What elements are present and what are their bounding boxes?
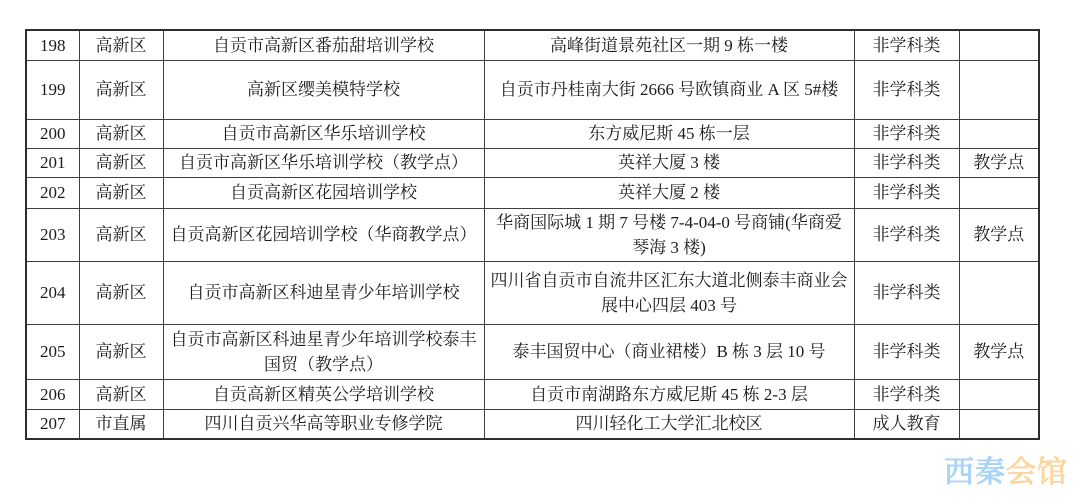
cell-district: 高新区	[79, 324, 163, 379]
cell-note	[959, 119, 1039, 148]
cell-school-name: 自贡市高新区科迪星青少年培训学校	[163, 261, 484, 324]
cell-district: 高新区	[79, 208, 163, 261]
cell-school-name: 自贡高新区花园培训学校（华商教学点）	[163, 208, 484, 261]
cell-address: 高峰街道景苑社区一期 9 栋一楼	[484, 30, 854, 60]
table-row: 204 高新区 自贡市高新区科迪星青少年培训学校 四川省自贡市自流井区汇东大道北…	[26, 261, 1039, 324]
cell-district: 高新区	[79, 30, 163, 60]
cell-serial: 200	[26, 119, 79, 148]
table-row: 206 高新区 自贡高新区精英公学培训学校 自贡市南湖路东方威尼斯 45 栋 2…	[26, 379, 1039, 409]
cell-serial: 199	[26, 60, 79, 119]
cell-note: 教学点	[959, 208, 1039, 261]
table-row: 198 高新区 自贡市高新区番茄甜培训学校 高峰街道景苑社区一期 9 栋一楼 非…	[26, 30, 1039, 60]
cell-address: 英祥大厦 3 楼	[484, 148, 854, 177]
page: 198 高新区 自贡市高新区番茄甜培训学校 高峰街道景苑社区一期 9 栋一楼 非…	[0, 0, 1080, 497]
cell-address: 华商国际城 1 期 7 号楼 7-4-04-0 号商铺(华商爱琴海 3 楼)	[484, 208, 854, 261]
cell-category: 非学科类	[854, 261, 959, 324]
table-body: 198 高新区 自贡市高新区番茄甜培训学校 高峰街道景苑社区一期 9 栋一楼 非…	[26, 30, 1039, 439]
cell-school-name: 自贡市高新区华乐培训学校	[163, 119, 484, 148]
cell-school-name: 自贡市高新区科迪星青少年培训学校泰丰国贸（教学点）	[163, 324, 484, 379]
cell-address: 泰丰国贸中心（商业裙楼）B 栋 3 层 10 号	[484, 324, 854, 379]
cell-note	[959, 379, 1039, 409]
cell-school-name: 自贡市高新区番茄甜培训学校	[163, 30, 484, 60]
cell-note	[959, 177, 1039, 208]
cell-serial: 204	[26, 261, 79, 324]
cell-address: 自贡市南湖路东方威尼斯 45 栋 2-3 层	[484, 379, 854, 409]
cell-address: 四川轻化工大学汇北校区	[484, 409, 854, 439]
cell-note	[959, 60, 1039, 119]
cell-category: 非学科类	[854, 208, 959, 261]
cell-serial: 203	[26, 208, 79, 261]
cell-district: 市直属	[79, 409, 163, 439]
cell-address: 四川省自贡市自流井区汇东大道北侧泰丰商业会展中心四层 403 号	[484, 261, 854, 324]
watermark-text-blue: 西秦	[944, 456, 1006, 489]
cell-district: 高新区	[79, 148, 163, 177]
cell-category: 非学科类	[854, 148, 959, 177]
cell-address: 英祥大厦 2 楼	[484, 177, 854, 208]
table-row: 205 高新区 自贡市高新区科迪星青少年培训学校泰丰国贸（教学点） 泰丰国贸中心…	[26, 324, 1039, 379]
cell-district: 高新区	[79, 177, 163, 208]
cell-serial: 205	[26, 324, 79, 379]
cell-school-name: 自贡高新区精英公学培训学校	[163, 379, 484, 409]
cell-category: 非学科类	[854, 30, 959, 60]
table-row: 200 高新区 自贡市高新区华乐培训学校 东方威尼斯 45 栋一层 非学科类	[26, 119, 1039, 148]
cell-district: 高新区	[79, 261, 163, 324]
table-row: 207 市直属 四川自贡兴华高等职业专修学院 四川轻化工大学汇北校区 成人教育	[26, 409, 1039, 439]
table-row: 202 高新区 自贡高新区花园培训学校 英祥大厦 2 楼 非学科类	[26, 177, 1039, 208]
cell-note: 教学点	[959, 148, 1039, 177]
cell-district: 高新区	[79, 60, 163, 119]
table-row: 203 高新区 自贡高新区花园培训学校（华商教学点） 华商国际城 1 期 7 号…	[26, 208, 1039, 261]
cell-category: 非学科类	[854, 324, 959, 379]
cell-serial: 206	[26, 379, 79, 409]
table-row: 201 高新区 自贡市高新区华乐培训学校（教学点） 英祥大厦 3 楼 非学科类 …	[26, 148, 1039, 177]
school-list-table: 198 高新区 自贡市高新区番茄甜培训学校 高峰街道景苑社区一期 9 栋一楼 非…	[25, 29, 1040, 440]
cell-note	[959, 30, 1039, 60]
cell-school-name: 四川自贡兴华高等职业专修学院	[163, 409, 484, 439]
cell-address: 自贡市丹桂南大街 2666 号欧镇商业 A 区 5#楼	[484, 60, 854, 119]
cell-note	[959, 261, 1039, 324]
cell-note: 教学点	[959, 324, 1039, 379]
watermark-text-orange: 会馆	[1006, 456, 1068, 489]
cell-category: 非学科类	[854, 119, 959, 148]
cell-serial: 207	[26, 409, 79, 439]
cell-district: 高新区	[79, 379, 163, 409]
cell-note	[959, 409, 1039, 439]
cell-serial: 198	[26, 30, 79, 60]
watermark: 西秦会馆	[944, 456, 1068, 490]
cell-school-name: 自贡市高新区华乐培训学校（教学点）	[163, 148, 484, 177]
cell-school-name: 高新区缨美模特学校	[163, 60, 484, 119]
cell-address: 东方威尼斯 45 栋一层	[484, 119, 854, 148]
cell-category: 非学科类	[854, 379, 959, 409]
table-row: 199 高新区 高新区缨美模特学校 自贡市丹桂南大街 2666 号欧镇商业 A …	[26, 60, 1039, 119]
cell-category: 成人教育	[854, 409, 959, 439]
cell-category: 非学科类	[854, 60, 959, 119]
cell-category: 非学科类	[854, 177, 959, 208]
cell-serial: 202	[26, 177, 79, 208]
cell-serial: 201	[26, 148, 79, 177]
cell-school-name: 自贡高新区花园培训学校	[163, 177, 484, 208]
cell-district: 高新区	[79, 119, 163, 148]
